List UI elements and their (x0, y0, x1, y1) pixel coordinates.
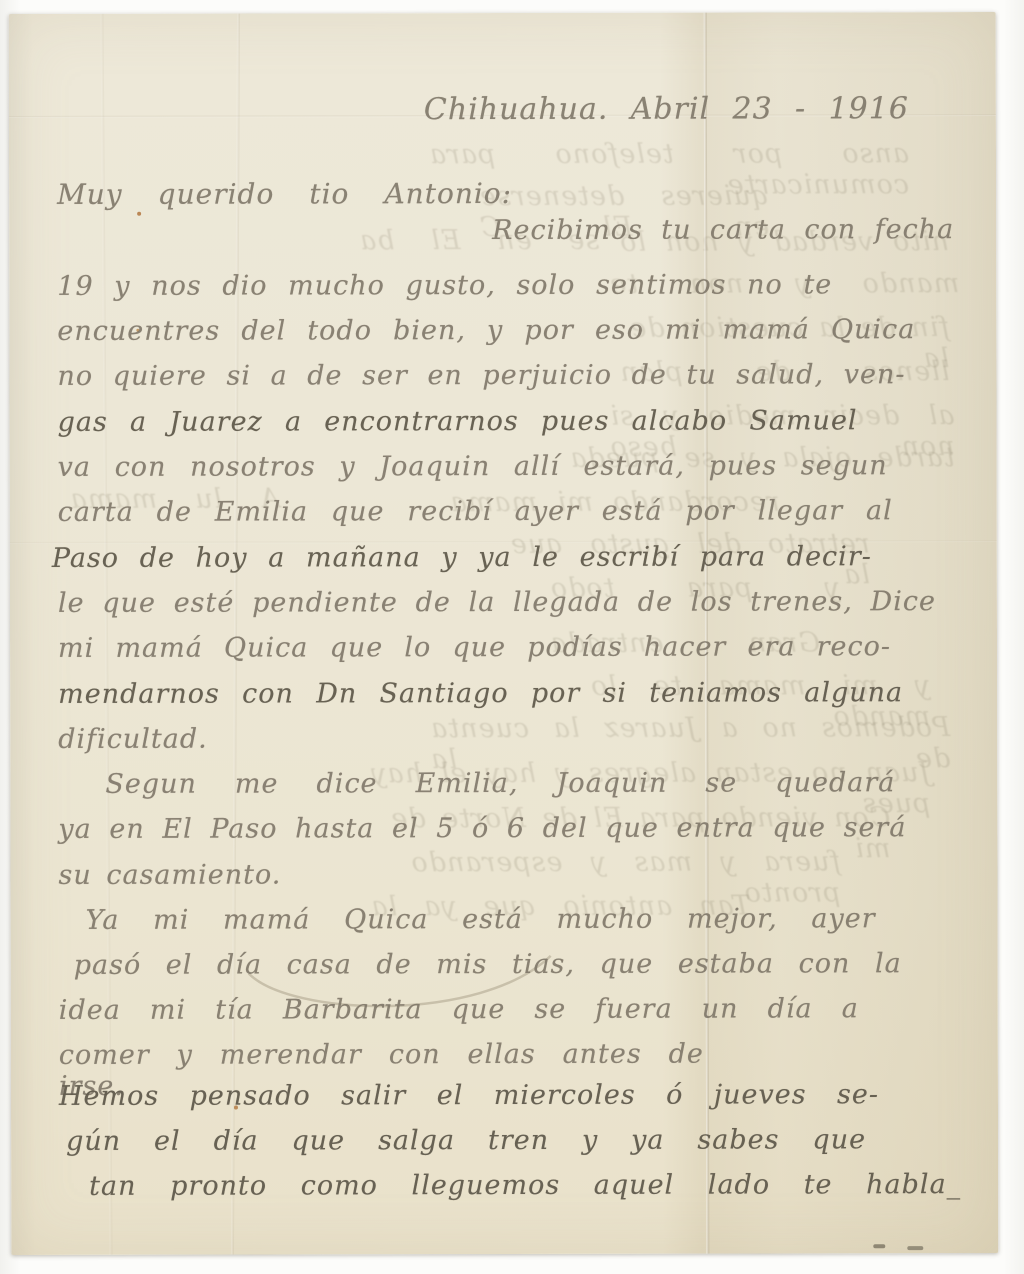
letter-line: encuentres del todo bien, y por eso mi m… (57, 314, 915, 347)
letter-line: gas a Juarez a encontrarnos pues alcabo … (58, 405, 858, 438)
salutation: Muy querido tio Antonio: (57, 178, 512, 211)
letter-line: 19 y nos dio mucho gusto, solo sentimos … (57, 269, 832, 302)
letter-line: carta de Emilia que recibí ayer está por… (58, 495, 893, 528)
letter-line: va con nosotros y Joaquin allí estará, p… (58, 450, 888, 483)
letter-line: Paso de hoy a mañana y ya le escribí par… (52, 541, 872, 574)
letter-paper: anso por telefono para comunicartequiere… (9, 12, 999, 1255)
letter-line: le que esté pendiente de la llegada de l… (58, 586, 936, 619)
letter-line: gún el día que salga tren y ya sabes que (66, 1124, 866, 1157)
letter-line: mi mamá Quica que lo que podías hacer er… (58, 631, 891, 664)
letter-line: pasó el día casa de mis tias, que estaba… (74, 948, 902, 981)
dateline: Chihuahua. Abril 23 - 1916 (424, 92, 909, 128)
letter-line: Ya mi mamá Quica está mucho mejor, ayer (86, 903, 876, 936)
letter-line: mendarnos con Dn Santiago por si teniamo… (58, 677, 903, 710)
letter-line: ya en El Paso hasta el 5 ó 6 del que ent… (58, 812, 906, 845)
scanned-letter-page: anso por telefono para comunicartequiere… (0, 0, 1024, 1274)
letter-line: tan pronto como lleguemos aquel lado te … (89, 1169, 961, 1202)
letter-line: no quiere si a de ser en perjuicio de tu… (57, 359, 905, 392)
handwriting-layer: Chihuahua. Abril 23 - 1916Muy querido ti… (9, 12, 999, 1255)
letter-line: su casamiento. (58, 859, 281, 891)
letter-line: dificultad. (58, 724, 208, 755)
letter-line: Segun me dice Emilia, Joaquin se quedará (105, 767, 895, 800)
letter-line: Hemos pensado salir el miercoles ó jueve… (59, 1079, 879, 1112)
letter-line: idea mi tía Barbarita que se fuera un dí… (59, 993, 859, 1026)
opening-line: Recibimos tu carta con fecha (492, 214, 954, 246)
